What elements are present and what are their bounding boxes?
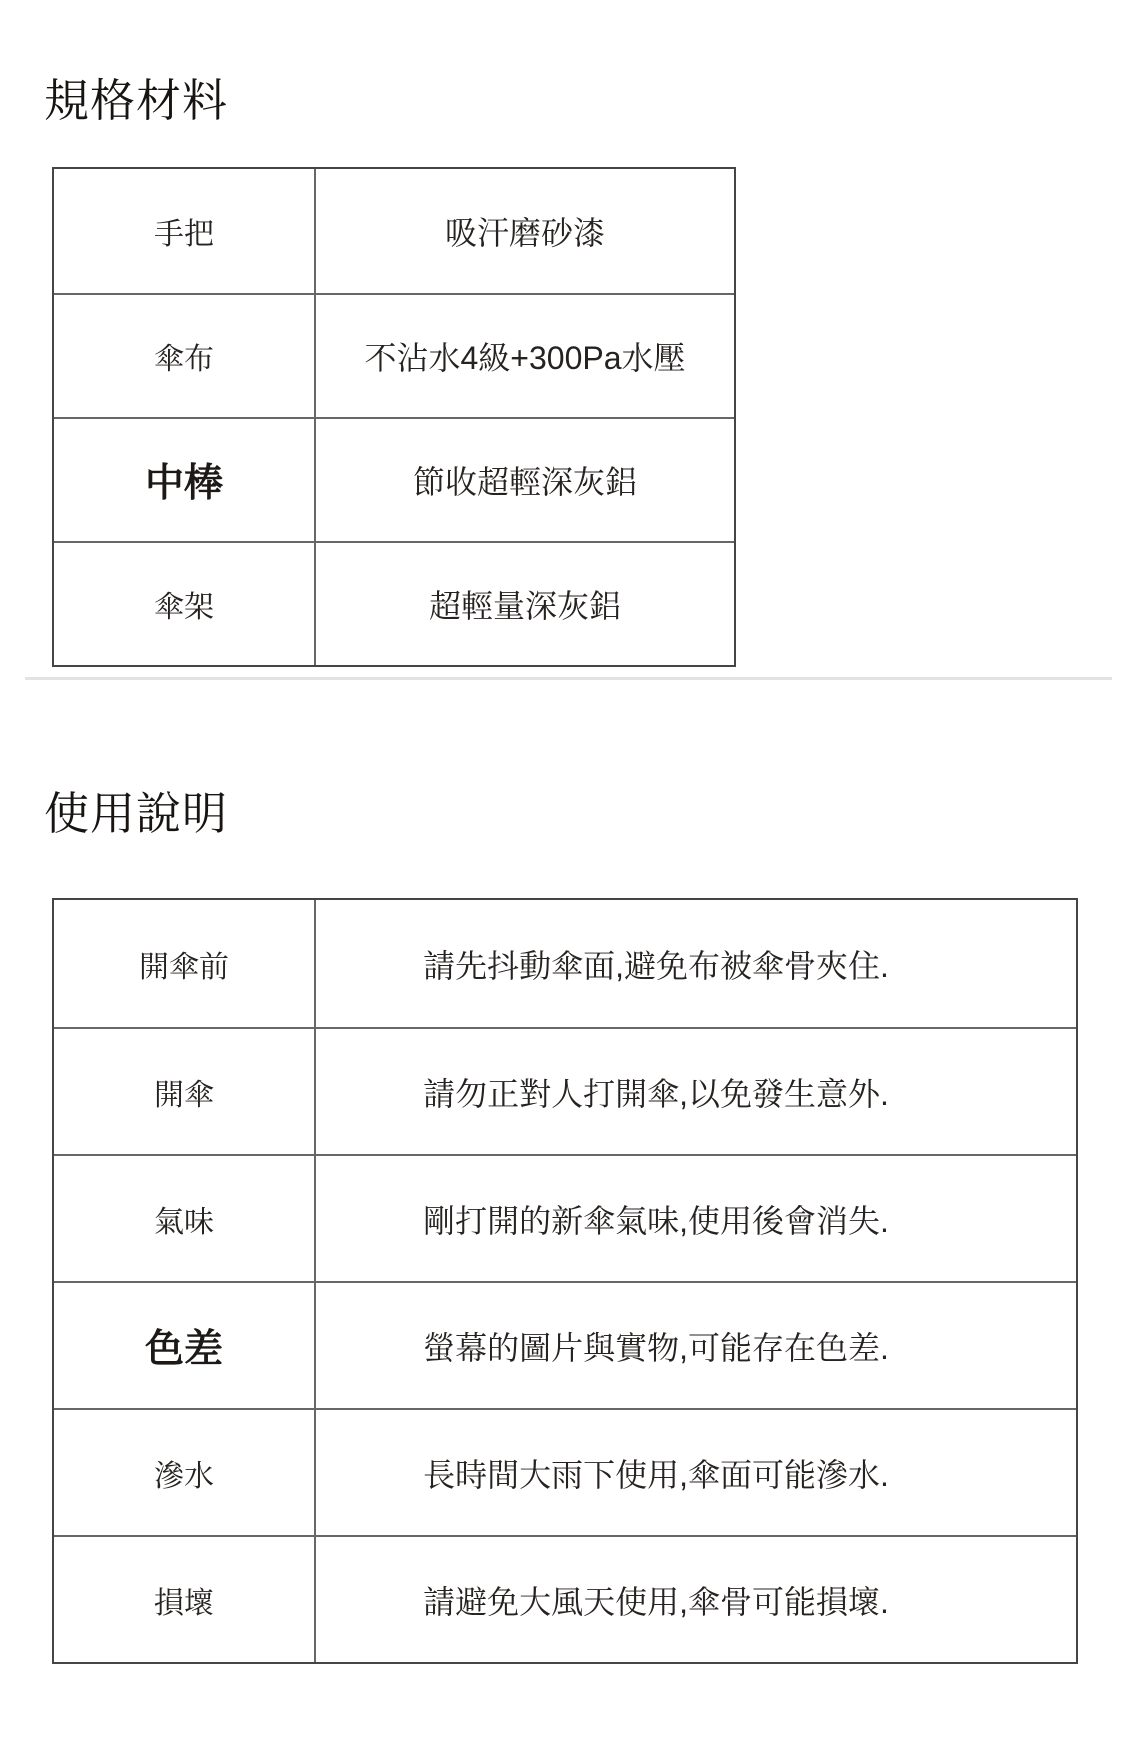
table-row: 色差 螢幕的圖片與實物,可能存在色差. bbox=[54, 1281, 1076, 1408]
section-heading-specifications: 規格材料 bbox=[44, 76, 228, 126]
spec-value-canopy: 不沾水4級+300Pa水壓 bbox=[316, 295, 734, 417]
usage-value-odor: 剛打開的新傘氣味,使用後會消失. bbox=[316, 1156, 1076, 1281]
table-row: 手把 吸汗磨砂漆 bbox=[54, 169, 734, 293]
usage-label-opening: 開傘 bbox=[54, 1029, 316, 1154]
usage-label-seepage: 滲水 bbox=[54, 1410, 316, 1535]
spec-label-handle: 手把 bbox=[54, 169, 316, 293]
usage-value-color-difference: 螢幕的圖片與實物,可能存在色差. bbox=[316, 1283, 1076, 1408]
usage-label-before-opening: 開傘前 bbox=[54, 900, 316, 1027]
table-row: 氣味 剛打開的新傘氣味,使用後會消失. bbox=[54, 1154, 1076, 1281]
section-heading-usage-instructions: 使用說明 bbox=[44, 789, 228, 839]
usage-value-opening: 請勿正對人打開傘,以免發生意外. bbox=[316, 1029, 1076, 1154]
spec-label-frame: 傘架 bbox=[54, 543, 316, 665]
specifications-table: 手把 吸汗磨砂漆 傘布 不沾水4級+300Pa水壓 中棒 節收超輕深灰鋁 傘架 … bbox=[52, 167, 736, 667]
usage-value-before-opening: 請先抖動傘面,避免布被傘骨夾住. bbox=[316, 900, 1076, 1027]
usage-label-color-difference: 色差 bbox=[54, 1283, 316, 1408]
section-divider bbox=[25, 677, 1112, 680]
table-row: 損壞 請避免大風天使用,傘骨可能損壞. bbox=[54, 1535, 1076, 1662]
spec-label-shaft: 中棒 bbox=[54, 419, 316, 541]
usage-value-seepage: 長時間大雨下使用,傘面可能滲水. bbox=[316, 1410, 1076, 1535]
spec-value-shaft: 節收超輕深灰鋁 bbox=[316, 419, 734, 541]
spec-value-handle: 吸汗磨砂漆 bbox=[316, 169, 734, 293]
table-row: 中棒 節收超輕深灰鋁 bbox=[54, 417, 734, 541]
table-row: 開傘 請勿正對人打開傘,以免發生意外. bbox=[54, 1027, 1076, 1154]
spec-value-frame: 超輕量深灰鋁 bbox=[316, 543, 734, 665]
usage-instructions-table: 開傘前 請先抖動傘面,避免布被傘骨夾住. 開傘 請勿正對人打開傘,以免發生意外.… bbox=[52, 898, 1078, 1664]
usage-label-damage: 損壞 bbox=[54, 1537, 316, 1662]
usage-label-odor: 氣味 bbox=[54, 1156, 316, 1281]
spec-label-canopy: 傘布 bbox=[54, 295, 316, 417]
table-row: 滲水 長時間大雨下使用,傘面可能滲水. bbox=[54, 1408, 1076, 1535]
table-row: 傘架 超輕量深灰鋁 bbox=[54, 541, 734, 665]
table-row: 傘布 不沾水4級+300Pa水壓 bbox=[54, 293, 734, 417]
usage-value-damage: 請避免大風天使用,傘骨可能損壞. bbox=[316, 1537, 1076, 1662]
table-row: 開傘前 請先抖動傘面,避免布被傘骨夾住. bbox=[54, 900, 1076, 1027]
